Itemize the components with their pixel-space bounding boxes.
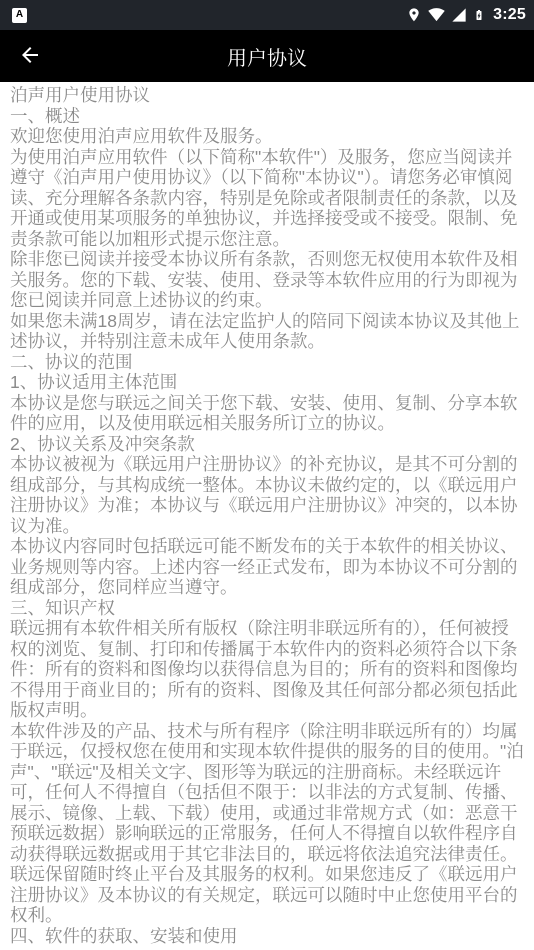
app-bar: 用户协议 [0, 30, 534, 82]
agreement-paragraph: 2、协议关系及冲突条款 [10, 434, 524, 455]
agreement-paragraph: 1、协议适用主体范围 [10, 372, 524, 393]
agreement-paragraph: 本协议是您与联远之间关于您下载、安装、使用、复制、分享本软件的应用，以及使用联远… [10, 393, 524, 434]
status-bar: A 3:25 [0, 0, 534, 30]
agreement-paragraph: 本协议被视为《联远用户注册协议》的补充协议，是其不可分割的组成部分，与其构成统一… [10, 454, 524, 536]
app-notification-icon: A [12, 8, 27, 23]
agreement-paragraph: 四、软件的获取、安装和使用 [10, 926, 524, 947]
agreement-paragraph: 联远拥有本软件相关所有版权（除注明非联远所有的），任何被授权的浏览、复制、打印和… [10, 618, 524, 721]
agreement-paragraph: 三、知识产权 [10, 598, 524, 619]
agreement-paragraph: 联远保留随时终止平台及其服务的权利。如果您违反了《联远用户注册协议》及本协议的有… [10, 864, 524, 926]
location-icon [406, 7, 422, 23]
agreement-paragraph: 欢迎您使用泊声应用软件及服务。 [10, 126, 524, 147]
phone-screen: A 3:25 [0, 0, 534, 950]
status-bar-clock: 3:25 [493, 6, 526, 24]
agreement-paragraph: 本软件涉及的产品、技术与所有程序（除注明非联远所有的）均属于联远，仅授权您在使用… [10, 721, 524, 865]
page-title: 用户协议 [0, 42, 534, 71]
agreement-paragraph: 二、协议的范围 [10, 352, 524, 373]
back-button[interactable] [10, 36, 50, 76]
wifi-icon [428, 8, 445, 23]
agreement-paragraph: 除非您已阅读并接受本协议所有条款，否则您无权使用本软件及相关服务。您的下载、安装… [10, 249, 524, 311]
agreement-paragraph: 如果您未满18周岁，请在法定监护人的陪同下阅读本协议及其他上述协议，并特别注意未… [10, 311, 524, 352]
agreement-paragraph: 一、概述 [10, 106, 524, 127]
arrow-left-icon [18, 43, 42, 70]
agreement-text-scroll-area[interactable]: 泊声用户使用协议一、概述欢迎您使用泊声应用软件及服务。为使用泊声应用软件（以下简… [0, 82, 534, 950]
agreement-paragraph: 泊声用户使用协议 [10, 85, 524, 106]
cellular-signal-icon [451, 7, 467, 23]
status-bar-right: 3:25 [406, 6, 526, 24]
agreement-paragraph: 本协议内容同时包括联远可能不断发布的关于本软件的相关协议、业务规则等内容。上述内… [10, 536, 524, 598]
agreement-paragraph: 为使用泊声应用软件（以下简称"本软件"）及服务，您应当阅读并遵守《泊声用户使用协… [10, 147, 524, 250]
battery-charging-icon [473, 6, 485, 24]
